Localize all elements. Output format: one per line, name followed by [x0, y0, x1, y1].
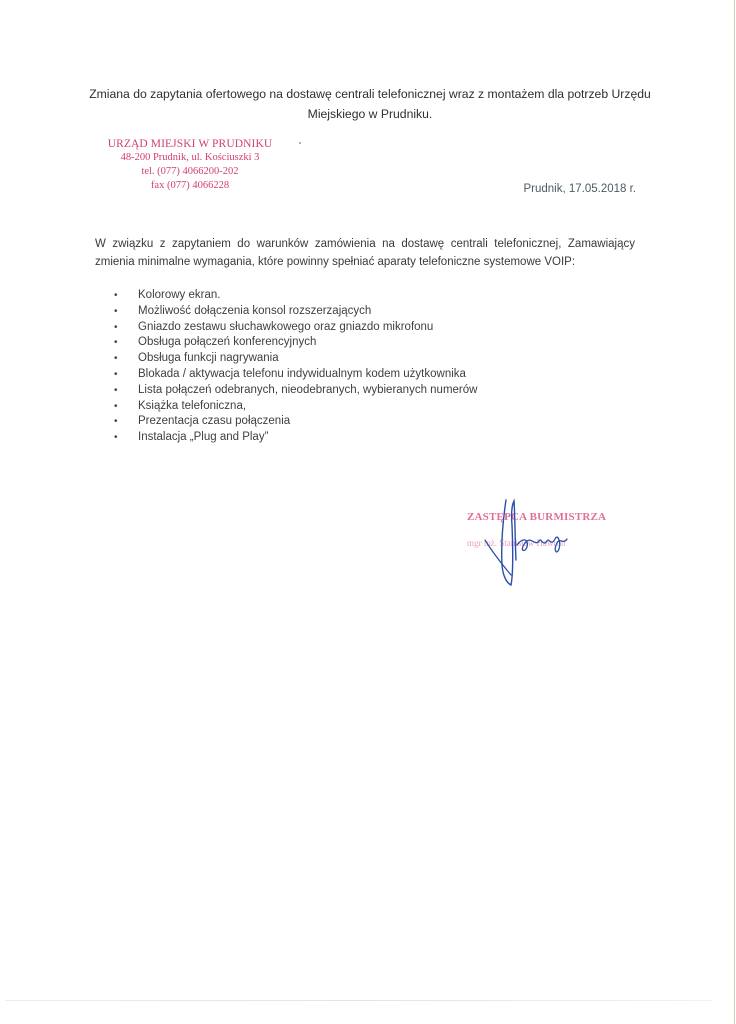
list-item: •Kolorowy ekran.	[110, 288, 477, 304]
requirement-text: Instalacja „Plug and Play”	[138, 431, 268, 443]
bullet-icon: •	[114, 430, 118, 446]
bullet-icon: •	[114, 288, 118, 304]
requirement-text: Lista połączeń odebranych, nieodebranych…	[138, 384, 477, 396]
scan-right-edge	[734, 0, 735, 1024]
bullet-icon: •	[114, 383, 118, 399]
scan-edge-line	[5, 1000, 713, 1001]
list-item: •Książka telefoniczna,	[110, 399, 477, 415]
requirement-text: Obsługa funkcji nagrywania	[138, 352, 279, 364]
requirement-text: Możliwość dołączenia konsol rozszerzając…	[138, 305, 371, 317]
handwritten-signature-icon	[455, 495, 615, 590]
signature-block: ZASTĘPCA BURMISTRZA mgr inż. Stanisław H…	[455, 495, 615, 590]
list-item: •Obsługa funkcji nagrywania	[110, 351, 477, 367]
intro-paragraph: W związku z zapytaniem do warunków zamów…	[95, 235, 635, 271]
requirement-text: Książka telefoniczna,	[138, 400, 246, 412]
requirement-text: Kolorowy ekran.	[138, 289, 220, 301]
list-item: •Obsługa połączeń konferencyjnych	[110, 335, 477, 351]
list-item: •Prezentacja czasu połączenia	[110, 414, 477, 430]
office-stamp: URZĄD MIEJSKI W PRUDNIKU 48-200 Prudnik,…	[100, 137, 280, 193]
document-title-line-2: Miejskiego w Prudniku.	[80, 104, 660, 124]
bullet-icon: •	[114, 335, 118, 351]
requirement-text: Blokada / aktywacja telefonu indywidualn…	[138, 368, 466, 380]
list-item: •Instalacja „Plug and Play”	[110, 430, 477, 446]
bullet-icon: •	[114, 351, 118, 367]
requirement-text: Prezentacja czasu połączenia	[138, 415, 290, 427]
stamp-fax: fax (077) 4066228	[100, 179, 280, 193]
bullet-icon: •	[114, 414, 118, 430]
list-item: •Lista połączeń odebranych, nieodebranyc…	[110, 383, 477, 399]
bullet-icon: •	[114, 399, 118, 415]
requirement-text: Obsługa połączeń konferencyjnych	[138, 336, 316, 348]
list-item: •Możliwość dołączenia konsol rozszerzają…	[110, 304, 477, 320]
bullet-icon: •	[114, 304, 118, 320]
document-title: Zmiana do zapytania ofertowego na dostaw…	[80, 84, 660, 124]
list-item: •Gniazdo zestawu słuchawkowego oraz gnia…	[110, 320, 477, 336]
place-and-date: Prudnik, 17.05.2018 r.	[523, 183, 636, 195]
stamp-office-name: URZĄD MIEJSKI W PRUDNIKU	[100, 137, 280, 151]
bullet-icon: •	[114, 320, 118, 336]
requirement-text: Gniazdo zestawu słuchawkowego oraz gniaz…	[138, 321, 433, 333]
scan-speck	[299, 142, 301, 144]
bullet-icon: •	[114, 367, 118, 383]
requirements-list: •Kolorowy ekran. •Możliwość dołączenia k…	[110, 288, 477, 446]
stamp-address: 48-200 Prudnik, ul. Kościuszki 3	[100, 151, 280, 165]
stamp-phone: tel. (077) 4066200-202	[100, 165, 280, 179]
document-title-line-1: Zmiana do zapytania ofertowego na dostaw…	[80, 84, 660, 104]
list-item: •Blokada / aktywacja telefonu indywidual…	[110, 367, 477, 383]
